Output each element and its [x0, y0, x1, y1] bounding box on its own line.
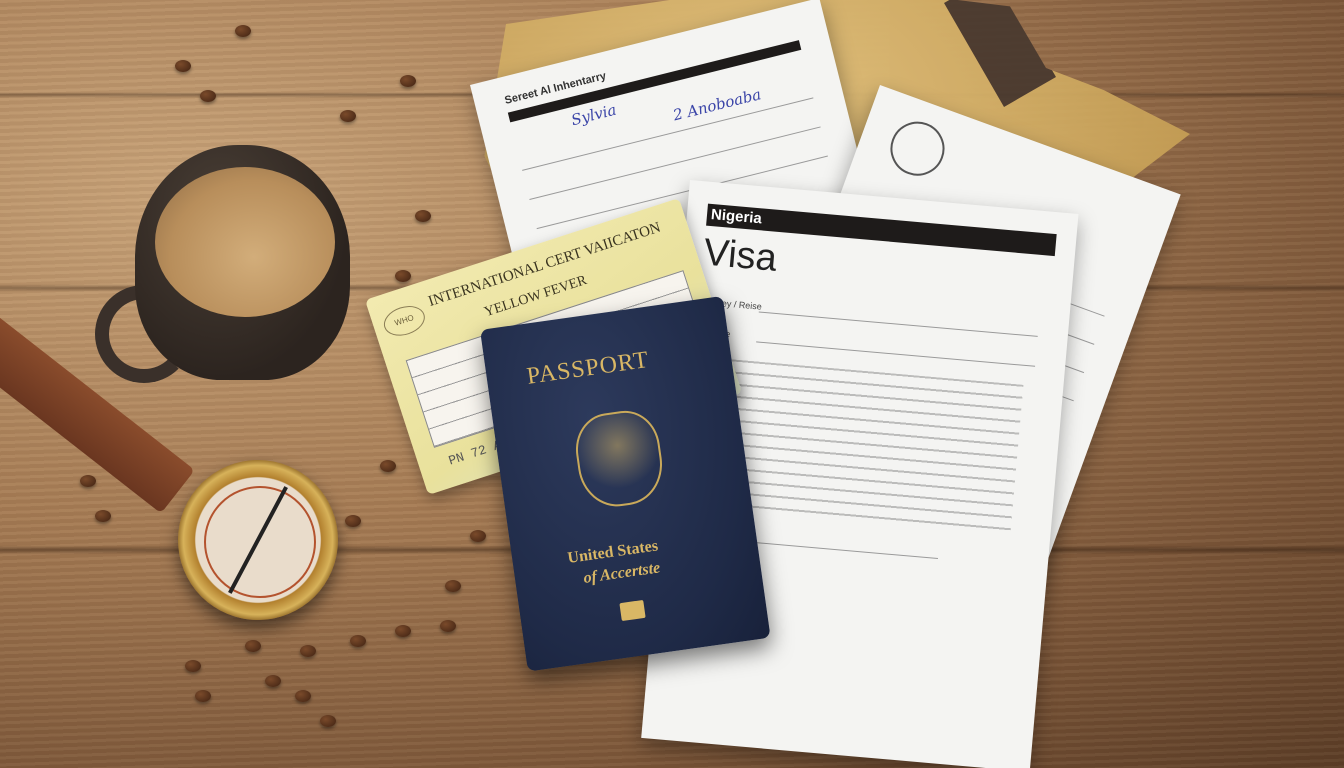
coffee-crema [155, 167, 335, 317]
compass-icon [178, 460, 338, 620]
coffee-bean [345, 515, 361, 527]
coffee-bean [415, 210, 431, 222]
coffee-bean [400, 75, 416, 87]
coffee-bean [175, 60, 191, 72]
coffee-bean [185, 660, 201, 672]
coffee-bean [295, 690, 311, 702]
coffee-bean [395, 270, 411, 282]
coffee-bean [470, 530, 486, 542]
coffee-bean [395, 625, 411, 637]
coffee-bean [245, 640, 261, 652]
coffee-bean [235, 25, 251, 37]
red-sea [944, 0, 1056, 107]
official-seal-icon [883, 114, 952, 183]
passport-title: PASSPORT [525, 347, 651, 391]
coffee-bean [380, 460, 396, 472]
visa-title: Visa [702, 232, 779, 281]
handwritten-entry: 2 Anoboaba [671, 85, 763, 124]
coffee-bean [80, 475, 96, 487]
coffee-bean [200, 90, 216, 102]
coffee-bean [320, 715, 336, 727]
visa-country: Nigeria [706, 206, 762, 228]
coffee-bean [350, 635, 366, 647]
eagle-seal-icon [571, 406, 667, 511]
coffee-bean [300, 645, 316, 657]
who-emblem-icon: WHO [380, 301, 429, 341]
coffee-bean [440, 620, 456, 632]
coffee-mug [135, 145, 350, 385]
passport: PASSPORT United States of Accertste [480, 296, 771, 672]
coffee-bean [95, 510, 111, 522]
coffee-bean [195, 690, 211, 702]
coffee-bean [340, 110, 356, 122]
coffee-bean [265, 675, 281, 687]
coffee-bean [445, 580, 461, 592]
biometric-chip-icon [619, 600, 645, 621]
